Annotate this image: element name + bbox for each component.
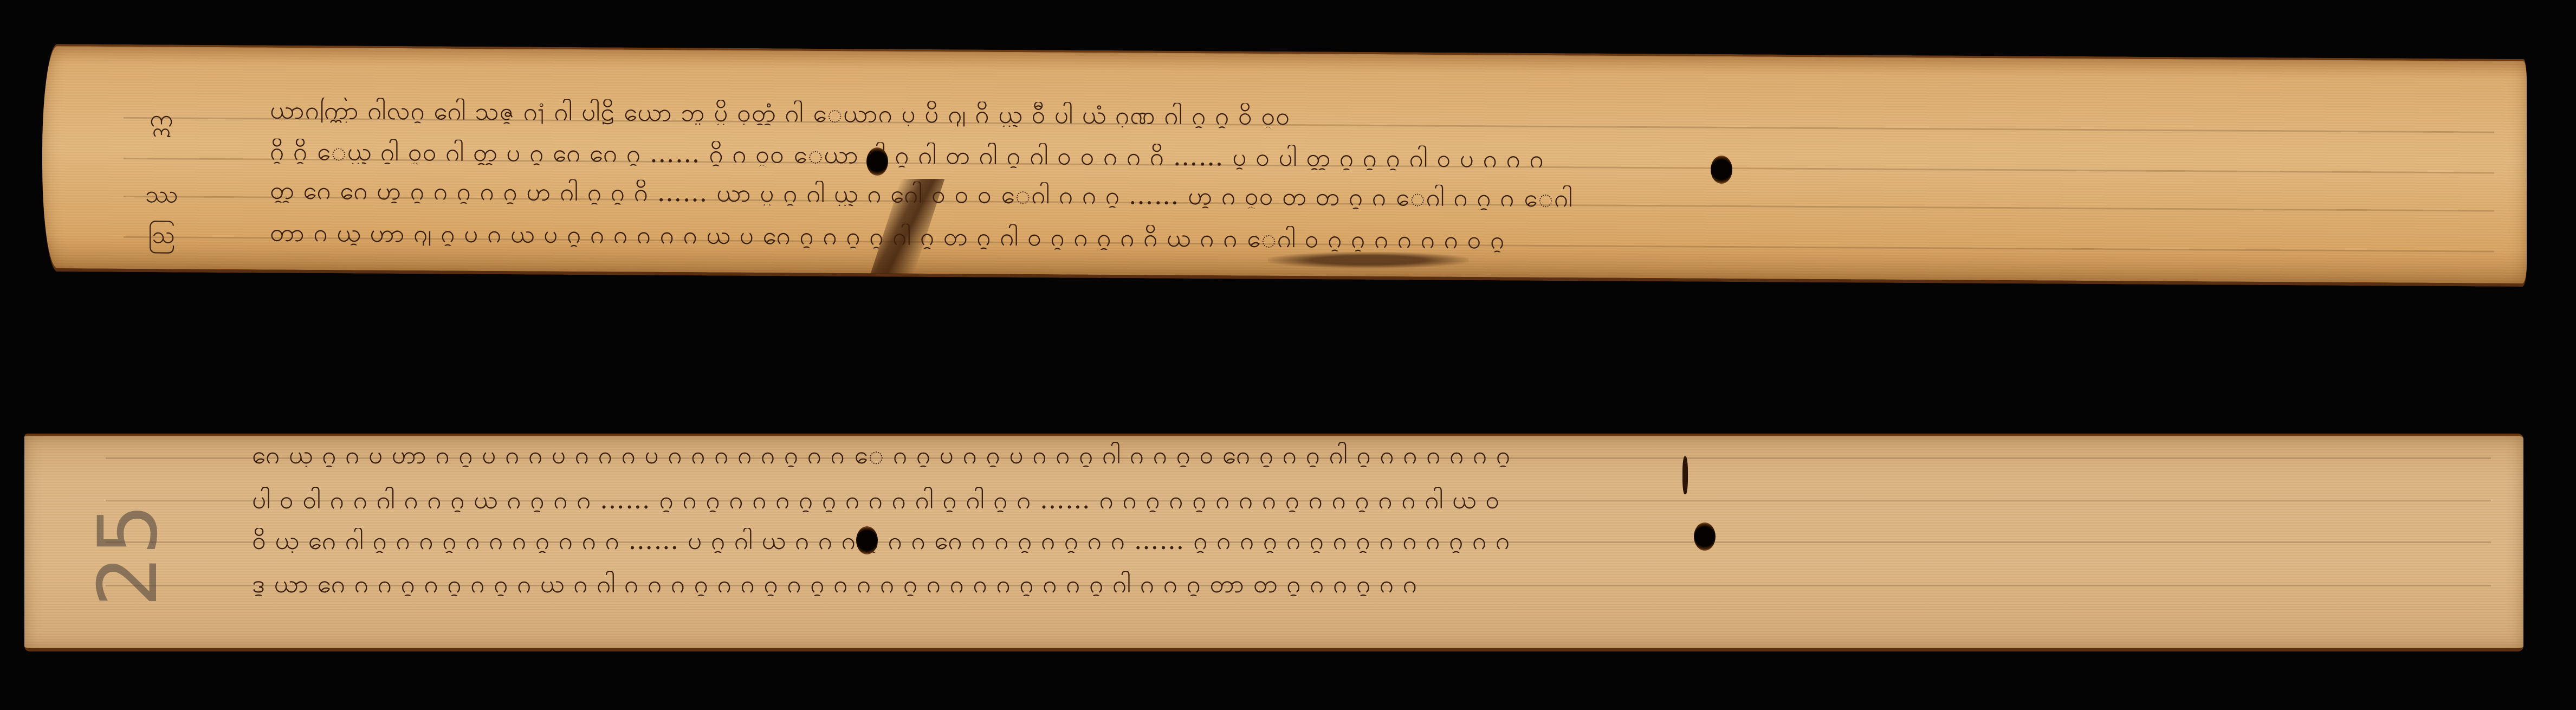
ink-smudge <box>1268 252 1468 268</box>
manuscript-line-1: ယာဂက္ကြာ ဂါလဂ္ဂ ဂေါ သဇ္ဇ ဂ႞ ဂါ ပါဠိ ယော … <box>270 98 2491 136</box>
margin-folio-number: ဩ <box>145 220 178 255</box>
string-hole <box>1711 156 1732 184</box>
margin-folio-number: ဣ <box>145 104 178 138</box>
manuscript-line-3: ဝိ ယု ဂေ ဂါ ဂ္ဂ ဂ ဂ ဂ္ဂ ဂ ဂ ဂ ဂ္ဂ ဂ ဂ ဂ … <box>252 528 2484 553</box>
string-hole <box>1694 522 1716 551</box>
manuscript-line-4: ဒ္ဒ ယာ ဂေ ဂ ဂ ဂ္ဂ ဂ ဂ္ဂ ဂ ဂ္ဂ ဂ ယ ဂ ဂါ ဂ… <box>252 571 2484 596</box>
palm-leaf-bottom: ဂေ ယု ဂ္ဂ ဂ ပ ဟာ ဂ ဂ္ဂ ပ ဂ ဂ ပ ဂ ဂ ဂ ပ ဂ… <box>24 434 2523 651</box>
manuscript-line-1: ဂေ ယု ဂ္ဂ ဂ ပ ဟာ ဂ ဂ္ဂ ပ ဂ ဂ ပ ဂ ဂ ဂ ပ ဂ… <box>252 442 2484 467</box>
manuscript-line-3: တ္တ ဂေ ဂေ ဟ္ဂ ဂ္ဂ ဂ ဂ္ဂ ဂ ဂ္ဂ ဟ ဂါ ဂ္ဂ ဂ… <box>270 178 2491 216</box>
margin-folio-number: ဿ <box>145 179 178 214</box>
ink-mark <box>1682 456 1688 494</box>
string-hole <box>856 526 878 554</box>
manuscript-line-2: ဂ္ဂိ ဂ္ဂိ ေယ္ယ ဂ္ဂါ ဝ္ဝ ဂါ တ္တ ပ ဂွ ဂေ ဂ… <box>270 139 2491 177</box>
pencil-folio-mark: 25 <box>81 504 176 607</box>
manuscript-line-2: ပါ ဝ ဝါ ဂ ဂ ဂါ ဂ ဂ ဂ္ဂ ယ ဂ ဂ္ဂ ဂ ဂ …… ဂ္… <box>252 487 2484 512</box>
palm-leaf-top: ဣ ဿ ဩ ယာဂက္ကြာ ဂါလဂ္ဂ ဂေါ သဇ္ဇ ဂ႞ ဂါ ပါဠ… <box>42 44 2527 287</box>
string-hole <box>866 147 888 176</box>
